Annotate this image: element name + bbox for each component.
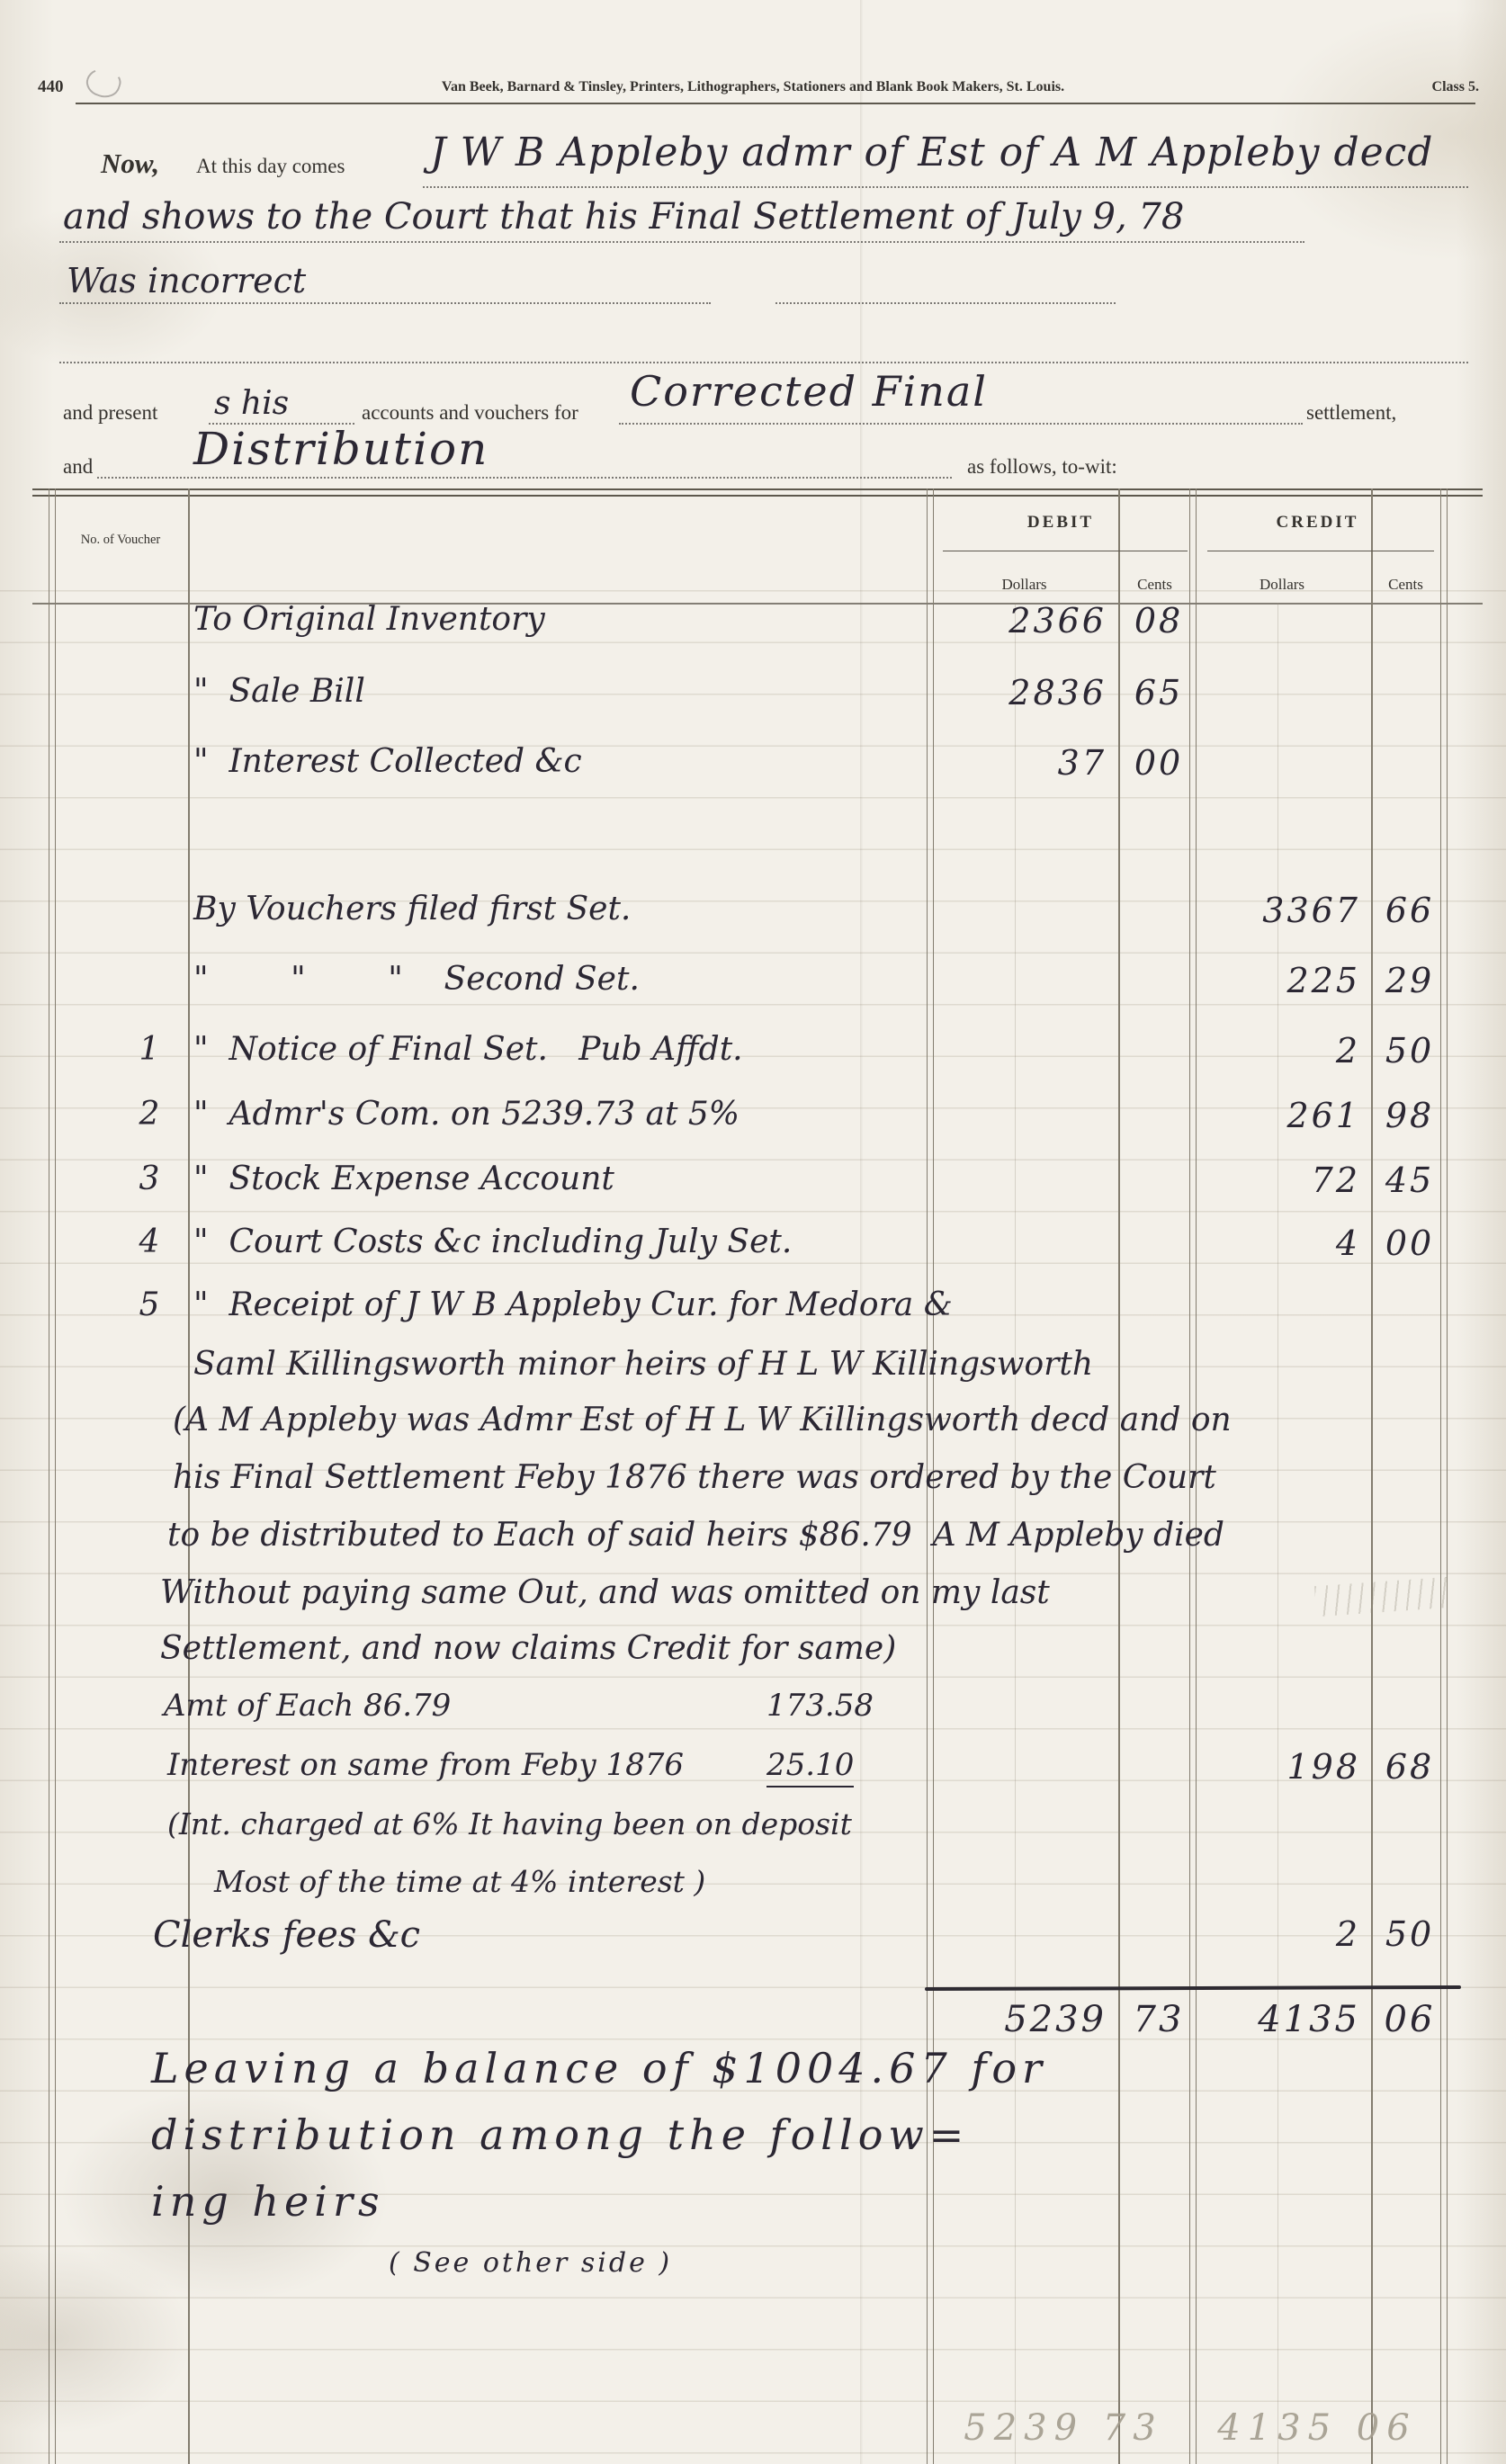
row-description: To Original Inventory [193, 601, 545, 638]
ledger-row: his Final Settlement Feby 1876 there was… [0, 1459, 1506, 1522]
inline-amount-underlined: 25.10 [766, 1747, 854, 1788]
credit-dollars: 4 [1197, 1223, 1360, 1263]
debit-cents: 08 [1123, 601, 1195, 641]
debit-header-underline [943, 551, 1188, 551]
credit-header-underline [1207, 551, 1434, 551]
ledger-row: 2 " Admr's Com. on 5239.73 at 5% 261 98 [0, 1096, 1506, 1159]
row-description: " Notice of Final Set. Pub Affdt. [193, 1031, 743, 1068]
row-description: By Vouchers filed first Set. [193, 891, 631, 927]
now-label: Now, [101, 148, 159, 180]
and-label: and [63, 455, 93, 479]
row-description: Without paying same Out, and was omitted… [160, 1574, 1050, 1611]
distribution-entry: Distribution [193, 423, 489, 475]
row-description: " Court Costs &c including July Set. [193, 1223, 792, 1260]
credit-dollars: 2 [1197, 1914, 1360, 1954]
credit-cents-header: Cents [1371, 576, 1440, 594]
debit-cents-header: Cents [1118, 576, 1191, 594]
credit-header: CREDIT [1195, 513, 1440, 533]
row-description: to be distributed to Each of said heirs … [167, 1517, 1224, 1554]
row-description: Most of the time at 4% interest ) [214, 1864, 705, 1899]
credit-dollars-header: Dollars [1193, 576, 1371, 594]
row-description: Clerks fees &c [153, 1914, 420, 1956]
debit-header: DEBIT [932, 513, 1189, 533]
ledger-row: Settlement, and now claims Credit for sa… [0, 1630, 1506, 1693]
row-description: Settlement, and now claims Credit for sa… [160, 1630, 896, 1667]
class-label: Class 5. [1432, 79, 1479, 95]
debit-total-cents: 73 [1123, 1999, 1195, 2040]
incorrect-entry: Was incorrect [67, 261, 306, 300]
row-description: (A M Appleby was Admr Est of H L W Killi… [173, 1402, 1232, 1438]
table-top-rule-2 [32, 495, 1483, 497]
ledger-row: 3 " Stock Expense Account 72 45 [0, 1160, 1506, 1223]
fill-line [59, 362, 1468, 363]
voucher-column-header: No. of Voucher [54, 533, 187, 548]
voucher-number: 5 [121, 1286, 177, 1323]
credit-dollars: 3367 [1197, 891, 1360, 930]
ledger-row: Amt of Each 86.79 173.58 [0, 1688, 1506, 1751]
credit-cents: 50 [1374, 1914, 1446, 1954]
vouchers-entry: Corrected Final [630, 367, 988, 416]
ledger-row: Interest on same from Feby 1876 25.10 19… [0, 1747, 1506, 1810]
row-description: " Sale Bill [193, 673, 365, 710]
presents-label: and present [63, 401, 157, 425]
row-description: Amt of Each 86.79 [164, 1688, 451, 1724]
debit-cents: 65 [1123, 673, 1195, 712]
row-description: Saml Killingsworth minor heirs of H L W … [193, 1346, 1093, 1383]
see-other-side-note: ( See other side ) [389, 2247, 672, 2279]
credit-cents: 66 [1374, 891, 1446, 930]
ledger-row: Without paying same Out, and was omitted… [0, 1574, 1506, 1637]
credit-dollars: 261 [1197, 1096, 1360, 1135]
comes-entry: J W B Appleby admr of Est of A M Appleby… [430, 130, 1433, 175]
shows-entry: and shows to the Court that his Final Se… [63, 196, 1184, 237]
inline-amount: 173.58 [766, 1688, 874, 1724]
credit-cents: 50 [1374, 1031, 1446, 1071]
row-description: " " " Second Set. [193, 961, 640, 998]
comes-label: At this day comes [196, 155, 345, 178]
ledger-row: to be distributed to Each of said heirs … [0, 1517, 1506, 1580]
ledger-row: 4 " Court Costs &c including July Set. 4… [0, 1223, 1506, 1286]
credit-cents: 98 [1374, 1096, 1446, 1135]
table-top-rule [32, 488, 1483, 490]
pencil-total-credit: 4135 06 [1197, 2407, 1438, 2449]
credit-cents: 68 [1374, 1747, 1446, 1787]
debit-dollars: 37 [934, 743, 1107, 783]
ledger-row: Clerks fees &c 2 50 [0, 1914, 1506, 1977]
credit-dollars: 198 [1197, 1747, 1360, 1787]
voucher-number: 1 [121, 1031, 177, 1068]
credit-cents: 45 [1374, 1160, 1446, 1200]
fill-line [59, 241, 1304, 243]
fill-line [619, 423, 1303, 425]
row-description: " Admr's Com. on 5239.73 at 5% [193, 1096, 740, 1133]
printer-imprint: Van Beek, Barnard & Tinsley, Printers, L… [0, 79, 1506, 95]
credit-dollars: 225 [1197, 961, 1360, 1000]
row-description: " Stock Expense Account [193, 1160, 614, 1197]
row-description: his Final Settlement Feby 1876 there was… [173, 1459, 1216, 1496]
balance-note-line: ing heirs [151, 2177, 385, 2226]
follows-label: as follows, to-wit: [967, 455, 1117, 479]
ledger-row: To Original Inventory 2366 08 [0, 601, 1506, 664]
ledger-page: 440 Van Beek, Barnard & Tinsley, Printer… [0, 0, 1506, 2464]
voucher-number: 2 [121, 1096, 177, 1133]
row-description: " Receipt of J W B Appleby Cur. for Medo… [193, 1286, 953, 1323]
vouchers-label: accounts and vouchers for [362, 401, 578, 425]
ledger-row: (Int. charged at 6% It having been on de… [0, 1806, 1506, 1869]
credit-total-cents: 06 [1374, 1999, 1446, 2040]
ledger-row: (A M Appleby was Admr Est of H L W Killi… [0, 1402, 1506, 1465]
row-description: Interest on same from Feby 1876 [167, 1747, 684, 1783]
balance-note-line: Leaving a balance of $1004.67 for [151, 2044, 1047, 2092]
row-description: " Interest Collected &c [193, 743, 582, 780]
debit-dollars-header: Dollars [930, 576, 1118, 594]
header-rule [76, 103, 1475, 104]
credit-total-dollars: 4135 [1197, 1999, 1360, 2040]
credit-cents: 00 [1374, 1223, 1446, 1263]
fill-line [59, 302, 711, 304]
presents-entry: s his [214, 385, 289, 422]
fill-line [97, 477, 952, 479]
row-description: (Int. charged at 6% It having been on de… [167, 1806, 852, 1841]
credit-dollars: 72 [1197, 1160, 1360, 1200]
balance-note-line: distribution among the follow= [151, 2110, 969, 2159]
ledger-row: " Sale Bill 2836 65 [0, 673, 1506, 736]
pencil-total-debit: 5239 73 [939, 2407, 1188, 2449]
credit-dollars: 2 [1197, 1031, 1360, 1071]
ledger-row: 5 " Receipt of J W B Appleby Cur. for Me… [0, 1286, 1506, 1349]
voucher-number: 3 [121, 1160, 177, 1197]
credit-cents: 29 [1374, 961, 1446, 1000]
ledger-row: " Interest Collected &c 37 00 [0, 743, 1506, 806]
fill-line [423, 186, 1468, 188]
ledger-row: By Vouchers filed first Set. 3367 66 [0, 891, 1506, 954]
ledger-row: 1 " Notice of Final Set. Pub Affdt. 2 50 [0, 1031, 1506, 1094]
settlement-label: settlement, [1306, 401, 1396, 425]
debit-dollars: 2836 [934, 673, 1107, 712]
ledger-row: Saml Killingsworth minor heirs of H L W … [0, 1346, 1506, 1409]
debit-dollars: 2366 [934, 601, 1107, 641]
fill-line [775, 302, 1116, 304]
ledger-row: " " " Second Set. 225 29 [0, 961, 1506, 1024]
debit-cents: 00 [1123, 743, 1195, 783]
debit-total-dollars: 5239 [934, 1999, 1107, 2040]
voucher-number: 4 [121, 1223, 177, 1260]
